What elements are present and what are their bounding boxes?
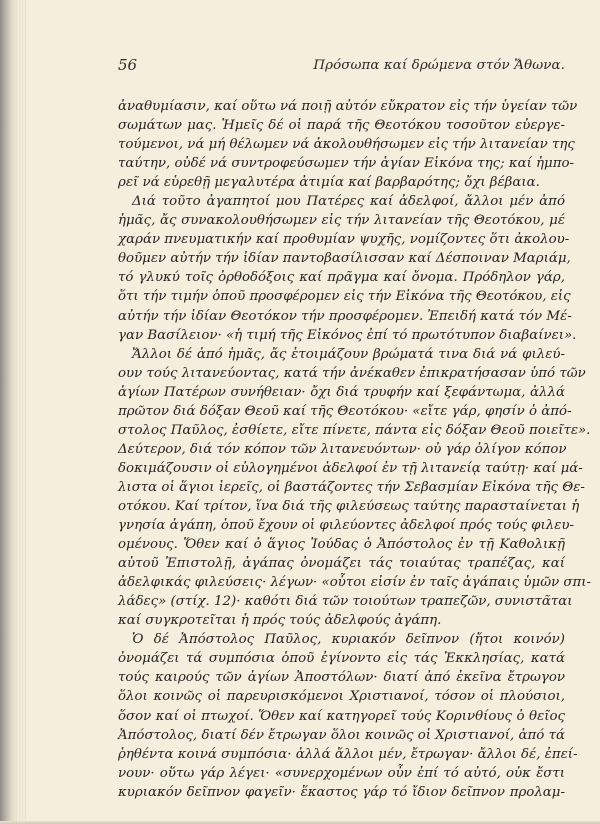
text-line: θοῦμεν αὐτήν τήν ἰδίαν παντοβασίλισσαν κ… <box>118 249 565 268</box>
text-line: ἁγίων Πατέρων συνήθειαν· ὄχι διά τρυφήν … <box>118 383 565 402</box>
running-head: 56 Πρόσωπα καί δρώμενα στόν Ἄθωνα. <box>118 56 565 80</box>
text-line: δοκιμάζουσιν οἱ εὐλογημένοι ἀδελφοί ἐν τ… <box>118 459 565 478</box>
text-line: ρεῖ νά εὑρεθῇ μεγαλυτέρα ἀτιμία καί βαρβ… <box>118 173 565 192</box>
text-line: ἀδελφικάς φιλεύσεις· λέγων· «οὗτοι εἰσίν… <box>118 573 565 592</box>
text-line: ἀναθυμίασιν, καί οὕτω νά ποιῇ αὐτόν εὔκρ… <box>118 97 565 116</box>
text-line: Ἀπόστολος, διατί δέν ἔτρωγαν ὅλοι κοινῶς… <box>118 726 565 745</box>
text-line: χαράν πνευματικήν καί προθυμίαν ψυχῆς, ν… <box>118 230 565 249</box>
paragraph: Ὁ δέ Ἀπόστολος Παῦλος, κυριακόν δεῖπνον … <box>118 630 565 801</box>
text-line: ὀνομάζει τά συμπόσια ὁποῦ ἐγίνοντο εἰς τ… <box>118 649 565 668</box>
text-line: λιστα οἱ ἅγιοι ἱερεῖς, οἱ βαστάζοντες τή… <box>118 478 565 497</box>
text-line: νουν· οὕτω γάρ λέγει· «συνερχομένων οὖν … <box>118 764 565 783</box>
text-line: Διά τοῦτο ἀγαπητοί μου Πατέρες καί ἀδελφ… <box>118 192 565 211</box>
text-line: πρῶτον διά δόξαν Θεοῦ καί τῆς Θεοτόκου· … <box>118 402 565 421</box>
text-line: γνησία ἀγάπη, ὁποῦ ἔχουν οἱ φιλεύοντες ἀ… <box>118 516 565 535</box>
text-line: γαν Βασίλειον· «ἡ τιμή τῆς Εἰκόνος ἐπί τ… <box>118 326 565 345</box>
text-line: ουν τούς λιτανεύοντας, κατά τήν ἀνέκαθεν… <box>118 364 565 383</box>
page-number: 56 <box>118 56 137 74</box>
text-line: οτόκου. Καί τρίτον, ἵνα διά τῆς φιλεύσεω… <box>118 497 565 516</box>
text-line: κυριακόν δεῖπνον φαγεῖν· ἕκαστος γάρ τό … <box>118 783 565 802</box>
running-title: Πρόσωπα καί δρώμενα στόν Ἄθωνα. <box>313 58 565 73</box>
text-line: τούμενοι, νά μή θέλωμεν νά ἀκολουθήσωμεν… <box>118 135 565 154</box>
text-line: λάδες» (στίχ. 12)· καθότι διά τῶν τοιούτ… <box>118 592 565 611</box>
text-line: ὅτι τήν τιμήν ὁποῦ προσφέρομεν εἰς τήν Ε… <box>118 287 565 306</box>
text-line: στολος Παῦλος, ἐσθίετε, εἴτε πίνετε, πάν… <box>118 421 565 440</box>
text-line: Ὁ δέ Ἀπόστολος Παῦλος, κυριακόν δεῖπνον … <box>118 630 565 649</box>
text-line: τό γλυκύ τοῖς ὀρθοδόξοις καί πρᾶγμα καί … <box>118 268 565 287</box>
paragraph: Ἄλλοι δέ ἀπό ἡμᾶς, ἄς ἑτοιμάζουν βρώματά… <box>118 345 565 631</box>
paragraph: Διά τοῦτο ἀγαπητοί μου Πατέρες καί ἀδελφ… <box>118 192 565 344</box>
text-line: ομένους. Ὅθεν καί ὁ ἅγιος Ἰούδας ὁ Ἀπόστ… <box>118 535 565 554</box>
text-line: Ἄλλοι δέ ἀπό ἡμᾶς, ἄς ἑτοιμάζουν βρώματά… <box>118 345 565 364</box>
text-line: σωμάτων μας. Ἡμεῖς δέ οἱ παρά τῆς Θεοτόκ… <box>118 116 565 135</box>
book-page: 56 Πρόσωπα καί δρώμενα στόν Ἄθωνα. ἀναθυ… <box>0 0 600 824</box>
text-line: ὅσον καί οἱ πτωχοί. Ὅθεν καί κατηγορεῖ τ… <box>118 707 565 726</box>
text-line: ῥηθέντα κοινά συμπόσια· ἀλλά ἄλλοι μέν, … <box>118 745 565 764</box>
text-line: ὅλοι κοινῶς οἱ παρευρισκόμενοι Χριστιανο… <box>118 687 565 706</box>
text-line: ἡμᾶς, ἄς συνακολουθήσωμεν εἰς τήν λιτανε… <box>118 211 565 230</box>
text-line: καί συγκροτεῖται ἡ πρός τούς ἀδελφούς ἀγ… <box>118 611 565 630</box>
text-line: ταύτην, οὐδέ νά συντροφεύσωμεν τήν ἁγίαν… <box>118 154 565 173</box>
text-line: αὐτήν τήν ἰδίαν Θεοτόκον τήν προσφέρομεν… <box>118 307 565 326</box>
paragraph: ἀναθυμίασιν, καί οὕτω νά ποιῇ αὐτόν εὔκρ… <box>118 97 565 192</box>
text-line: αὐτοῦ Ἐπιστολῇ, ἀγάπας ὀνομάζει τάς τοια… <box>118 554 565 573</box>
text-line: Δεύτερον, διά τόν κόπον τῶν λιτανευόντων… <box>118 440 565 459</box>
text-line: τούς καιρούς τῶν ἁγίων Ἀποστόλων· διατί … <box>118 668 565 687</box>
body-text: ἀναθυμίασιν, καί οὕτω νά ποιῇ αὐτόν εὔκρ… <box>118 97 565 802</box>
page-edge-lines <box>16 0 26 824</box>
binding-shadow <box>0 0 16 824</box>
